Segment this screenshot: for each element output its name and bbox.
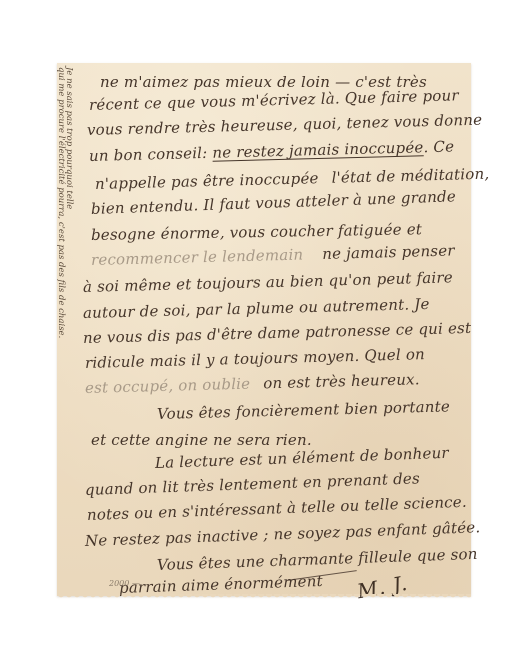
letter-line-4-c: . Ce <box>423 137 454 156</box>
letter-line-10: autour de soi, par la plume ou autrement… <box>83 295 430 322</box>
letter-line-4-a: un bon conseil: <box>89 144 208 165</box>
letter-line-20: Vous êtes une charmante filleule que son <box>157 545 478 574</box>
letter-page: Je ne sais pas trop pourquoi telle qui m… <box>57 63 471 596</box>
letter-line-3: vous rendre très heureuse, quoi, tenez v… <box>87 111 483 139</box>
letter-line-14: Vous êtes foncièrement bien portante <box>157 397 450 423</box>
margin-note-2: qui me procure l'électricité pourra, c'e… <box>56 67 66 338</box>
letter-line-19: Ne restez pas inactive ; ne soyez pas en… <box>85 518 481 550</box>
letter-line-12: ridicule mais il y a toujours moyen. Que… <box>85 345 425 372</box>
signature: M. J. <box>355 571 409 603</box>
letter-line-13-pencil: est occupé, on oublie <box>85 375 251 397</box>
letter-line-9: à soi même et toujours au bien qu'on peu… <box>83 268 453 296</box>
letter-line-13-ink: on est très heureux. <box>263 370 420 392</box>
letter-line-8: recommencer le lendemain ne jamais pense… <box>91 241 455 269</box>
letter-line-21: parrain aime énormément <box>119 572 323 597</box>
document-viewer: Je ne sais pas trop pourquoi telle qui m… <box>0 0 530 668</box>
letter-line-13: est occupé, on oublie on est très heureu… <box>85 370 420 397</box>
letter-line-4-underlined: ne restez jamais inoccupée <box>212 138 424 162</box>
letter-line-5-b: l'état de méditation, <box>331 165 489 187</box>
letter-line-5-a: n'appelle pas être inoccupée <box>95 169 319 193</box>
letter-line-4: un bon conseil: ne restez jamais inoccup… <box>89 137 455 165</box>
letter-line-6: bien entendu. Il faut vous atteler à une… <box>91 187 457 218</box>
letter-line-21-text: parrain aime énormément <box>119 572 323 597</box>
letter-line-18: notes ou en s'intéressant à telle ou tel… <box>87 493 467 524</box>
letter-line-11: ne vous dis pas d'être dame patronesse c… <box>83 319 472 347</box>
letter-line-17: quand on lit très lentement en prenant d… <box>85 469 420 499</box>
letter-line-8-ink: ne jamais penser <box>322 241 455 262</box>
letter-line-8-pencil: recommencer le lendemain <box>91 245 304 269</box>
page-number: 2000 — <box>109 579 140 588</box>
letter-line-15: et cette angine ne sera rien. <box>91 431 312 449</box>
letter-line-7: besogne énorme, vous coucher fatiguée et <box>91 220 422 244</box>
